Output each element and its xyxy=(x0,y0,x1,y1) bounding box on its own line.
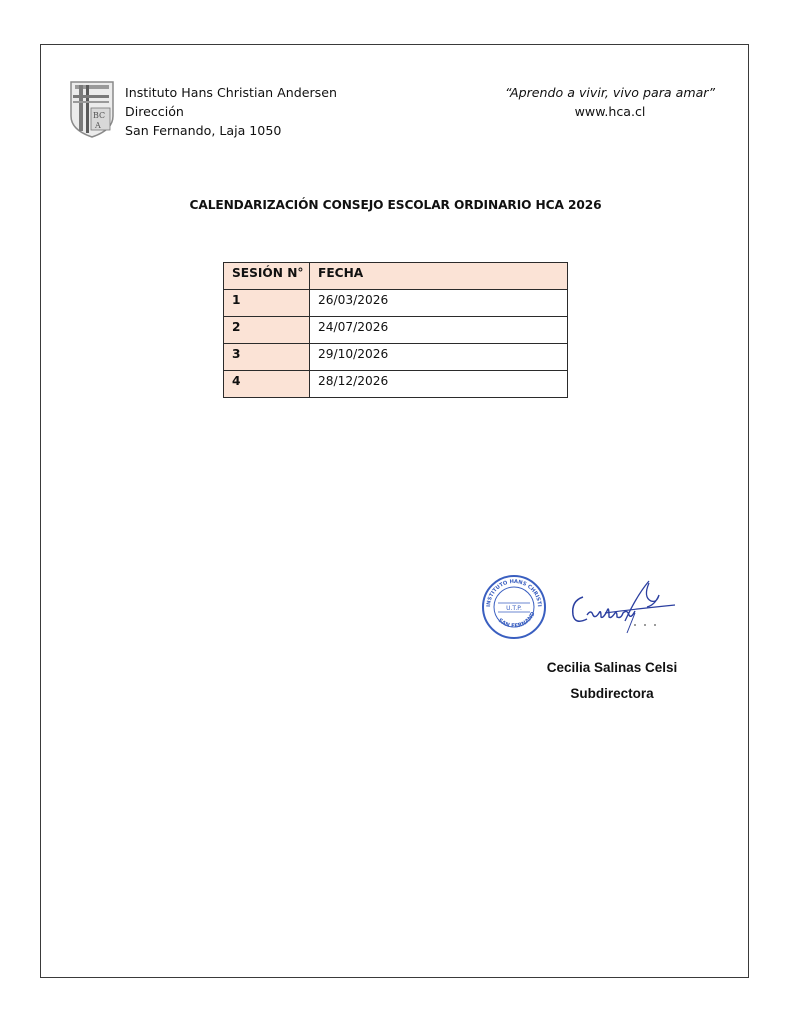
handwritten-signature-icon xyxy=(565,575,680,637)
svg-text:A: A xyxy=(94,121,101,130)
session-date: 29/10/2026 xyxy=(310,344,568,371)
table-header-row: SESIÓN N° FECHA xyxy=(224,263,568,290)
session-number: 4 xyxy=(224,371,310,398)
school-website: www.hca.cl xyxy=(480,102,740,121)
department-name: Dirección xyxy=(125,102,337,121)
motto-block: “Aprendo a vivir, vivo para amar” www.hc… xyxy=(480,83,740,121)
table-row: 3 29/10/2026 xyxy=(224,344,568,371)
session-number: 1 xyxy=(224,290,310,317)
signer-name: Cecilia Salinas Celsi xyxy=(532,660,692,675)
sessions-table: SESIÓN N° FECHA 1 26/03/2026 2 24/07/202… xyxy=(223,262,568,398)
signer-role: Subdirectora xyxy=(532,686,692,701)
svg-text:BC: BC xyxy=(93,111,105,120)
table-row: 4 28/12/2026 xyxy=(224,371,568,398)
header-date: FECHA xyxy=(310,263,568,290)
session-date: 24/07/2026 xyxy=(310,317,568,344)
page-border xyxy=(40,44,749,978)
table-row: 2 24/07/2026 xyxy=(224,317,568,344)
session-number: 3 xyxy=(224,344,310,371)
document-title: CALENDARIZACIÓN CONSEJO ESCOLAR ORDINARI… xyxy=(0,198,791,212)
institution-info: Instituto Hans Christian Andersen Direcc… xyxy=(125,83,337,140)
table-row: 1 26/03/2026 xyxy=(224,290,568,317)
official-stamp-icon: INSTITUTO HANS CHRISTIAN ANDERSEN SAN FE… xyxy=(481,574,547,640)
session-date: 26/03/2026 xyxy=(310,290,568,317)
header-session: SESIÓN N° xyxy=(224,263,310,290)
svg-text:U.T.P.: U.T.P. xyxy=(506,605,522,612)
school-motto: “Aprendo a vivir, vivo para amar” xyxy=(480,83,740,102)
session-date: 28/12/2026 xyxy=(310,371,568,398)
school-crest-icon: BC A xyxy=(69,80,115,138)
session-number: 2 xyxy=(224,317,310,344)
svg-text:INSTITUTO HANS CHRISTIAN ANDER: INSTITUTO HANS CHRISTIAN ANDERSEN xyxy=(481,574,542,607)
institution-address: San Fernando, Laja 1050 xyxy=(125,121,337,140)
institution-name: Instituto Hans Christian Andersen xyxy=(125,83,337,102)
